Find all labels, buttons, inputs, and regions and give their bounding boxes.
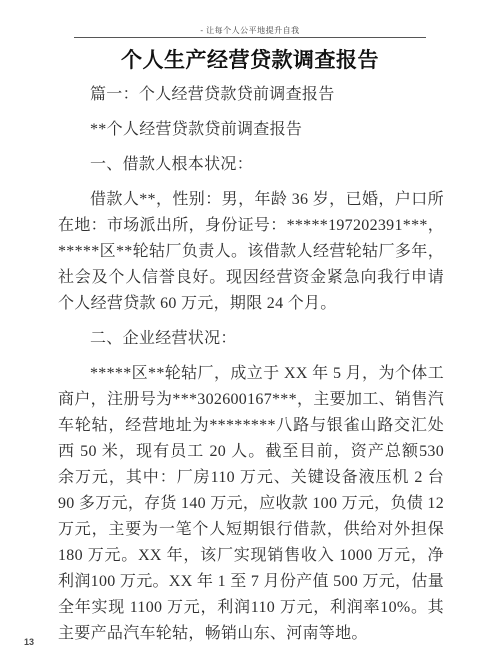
paragraph: 借款人**，性别：男，年龄 36 岁，已婚，户口所在地：市场派出所，身份证号：*… <box>58 187 444 317</box>
document-title: 个人生产经营贷款调查报告 <box>0 44 500 74</box>
paragraph: 一、借款人根本状况： <box>58 152 444 178</box>
paragraph: 二、企业经营状况： <box>58 326 444 352</box>
document-body: 篇一：个人经营贷款贷前调查报告**个人经营贷款贷前调查报告一、借款人根本状况：借… <box>58 82 444 656</box>
page-number: 13 <box>24 637 34 647</box>
paragraph: **个人经营贷款贷前调查报告 <box>58 117 444 143</box>
document-page: - 让每个人公平地提升自我 个人生产经营贷款调查报告 篇一：个人经营贷款贷前调查… <box>0 0 500 657</box>
header-slogan: - 让每个人公平地提升自我 <box>200 26 299 35</box>
page-header: - 让每个人公平地提升自我 <box>74 25 426 38</box>
paragraph: *****区**轮轱厂，成立于 XX 年 5 月，为个体工商户，注册号为***3… <box>58 361 444 647</box>
paragraph: 篇一：个人经营贷款贷前调查报告 <box>58 82 444 108</box>
